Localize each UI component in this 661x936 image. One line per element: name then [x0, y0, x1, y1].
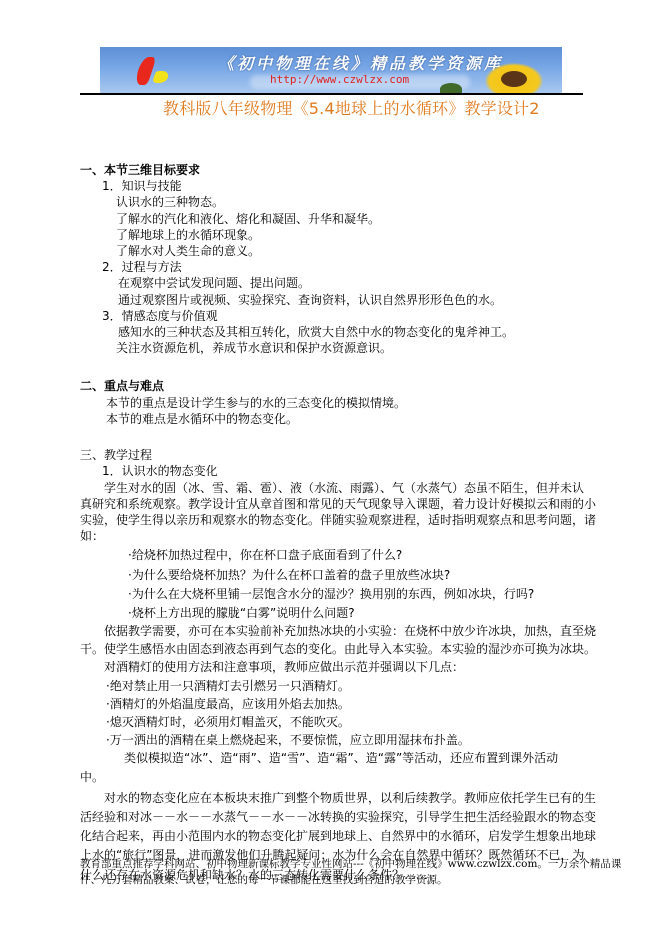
- subsection-label: 1．认识水的物态变化: [80, 463, 583, 479]
- footer-line: 件、几万套精品教案、试卷，让您的每一节课都能在这里找到合适的教学资源。: [80, 872, 583, 888]
- section-heading-teaching-process: 三、教学过程: [80, 447, 583, 463]
- list-item: 关注水资源危机，养成节水意识和保护水资源意识。: [80, 340, 583, 356]
- section-heading-key-points: 二、重点与难点: [80, 378, 583, 394]
- paragraph-line: 类似模拟造“冰”、造“雨”、造“雪”、造“霜”、造“露”等活动，还应布置到课外活…: [80, 750, 583, 766]
- paragraph-line: 化结合起来，再由小范围内水的物态变化扩展到地球上、自然界中的水循环，启发学生想象…: [80, 828, 583, 844]
- list-item: 了解水的汽化和液化、熔化和凝固、升华和凝华。: [80, 211, 583, 227]
- paragraph-line: 活经验和对冰－－水－－水蒸气－－水－－冰转换的实验探究，引导学生把生活经验跟水的…: [80, 809, 583, 825]
- subsection-label: 2．过程与方法: [80, 259, 583, 275]
- site-banner: 《初中物理在线》精品教学资源库 http://www.czwlzx.com: [100, 47, 562, 93]
- paragraph-line: 中。: [80, 769, 583, 785]
- question-item: ·为什么在大烧杯里铺一层饱含水分的湿沙？换用别的东西，例如冰块，行吗?: [80, 586, 583, 602]
- list-item: 感知水的三种状态及其相互转化，欣赏大自然中水的物态变化的鬼斧神工。: [80, 324, 583, 340]
- list-item: 认识水的三种物态。: [80, 194, 583, 210]
- sunflower-icon: [485, 63, 543, 93]
- document-title: 教科版八年级物理《5.4地球上的水循环》教学设计2: [163, 96, 540, 119]
- question-item: ·给烧杯加热过程中，你在杯口盘子底面看到了什么?: [80, 547, 583, 563]
- paragraph-line: 依据教学需要，亦可在本实验前补充加热冰块的小实验：在烧杯中放少许冰块，加热，直至…: [80, 623, 583, 639]
- logo-yellow-shape-icon: [152, 71, 170, 83]
- section-heading-objectives: 一、本节三维目标要求: [80, 162, 583, 178]
- list-item: 通过观察图片或视频、实验探究、查询资料，认识自然界形形色色的水。: [80, 292, 583, 308]
- paragraph-line: 实验，使学生得以亲历和观察水的物态变化。伴随实验观察进程，适时指明观察点和思考问…: [80, 512, 583, 528]
- lamp-point: ·绝对禁止用一只酒精灯去引燃另一只酒精灯。: [80, 678, 583, 694]
- page-footer: 教育部重点推荐学科网站、初中物理新课标教学专业性网站---《初中物理在线》www…: [80, 856, 583, 888]
- lamp-point: ·熄灭酒精灯时，必须用灯帽盖灭，不能吹灭。: [80, 714, 583, 730]
- subsection-label: 1．知识与技能: [80, 178, 583, 194]
- paragraph-line: 真研究和系统观察。教学设计宜从章首图和常见的天气现象导入课题，着力设计好模拟云和…: [80, 496, 583, 512]
- question-item: ·为什么要给烧杯加热？为什么在杯口盖着的盘子里放些冰块?: [80, 567, 583, 583]
- paragraph-line: 如：: [80, 528, 583, 544]
- subsection-label: 3．情感态度与价值观: [80, 308, 583, 324]
- document-body: 一、本节三维目标要求 1．知识与技能 认识水的三种物态。 了解水的汽化和液化、熔…: [80, 162, 583, 883]
- leaf-icon: [440, 83, 462, 93]
- lamp-intro: 对酒精灯的使用方法和注意事项，教师应做出示范并强调以下几点：: [80, 659, 583, 675]
- paragraph-line: 对水的物态变化应在本板块末推广到整个物质世界，以利后续教学。教师应依托学生已有的…: [80, 790, 583, 806]
- lamp-point: ·万一洒出的酒精在桌上燃烧起来，不要惊慌，应立即用湿抹布扑盖。: [80, 732, 583, 748]
- footer-line: 教育部重点推荐学科网站、初中物理新课标教学专业性网站---《初中物理在线》www…: [80, 856, 583, 872]
- list-item: 本节的重点是设计学生参与的水的三态变化的模拟情境。: [80, 395, 583, 411]
- list-item: 在观察中尝试发现问题、提出问题。: [80, 275, 583, 291]
- paragraph-line: 干。使学生感悟水由固态到液态再到气态的变化。由此导入本实验。本实验的湿沙亦可换为…: [80, 641, 583, 657]
- list-item: 了解水对人类生命的意义。: [80, 243, 583, 259]
- list-item: 本节的难点是水循环中的物态变化。: [80, 411, 583, 427]
- lamp-point: ·酒精灯的外焰温度最高，应该用外焰去加热。: [80, 696, 583, 712]
- header-divider: [80, 93, 583, 95]
- banner-url[interactable]: http://www.czwlzx.com: [270, 73, 409, 86]
- question-item: ·烧杯上方出现的朦胧“白雾”说明什么问题?: [80, 605, 583, 621]
- banner-site-title: 《初中物理在线》精品教学资源库: [218, 51, 503, 74]
- paragraph-line: 学生对水的固（冰、雪、霜、雹）、液（水流、雨露）、气（水蒸气）态虽不陌生，但并未…: [80, 480, 583, 496]
- list-item: 了解地球上的水循环现象。: [80, 227, 583, 243]
